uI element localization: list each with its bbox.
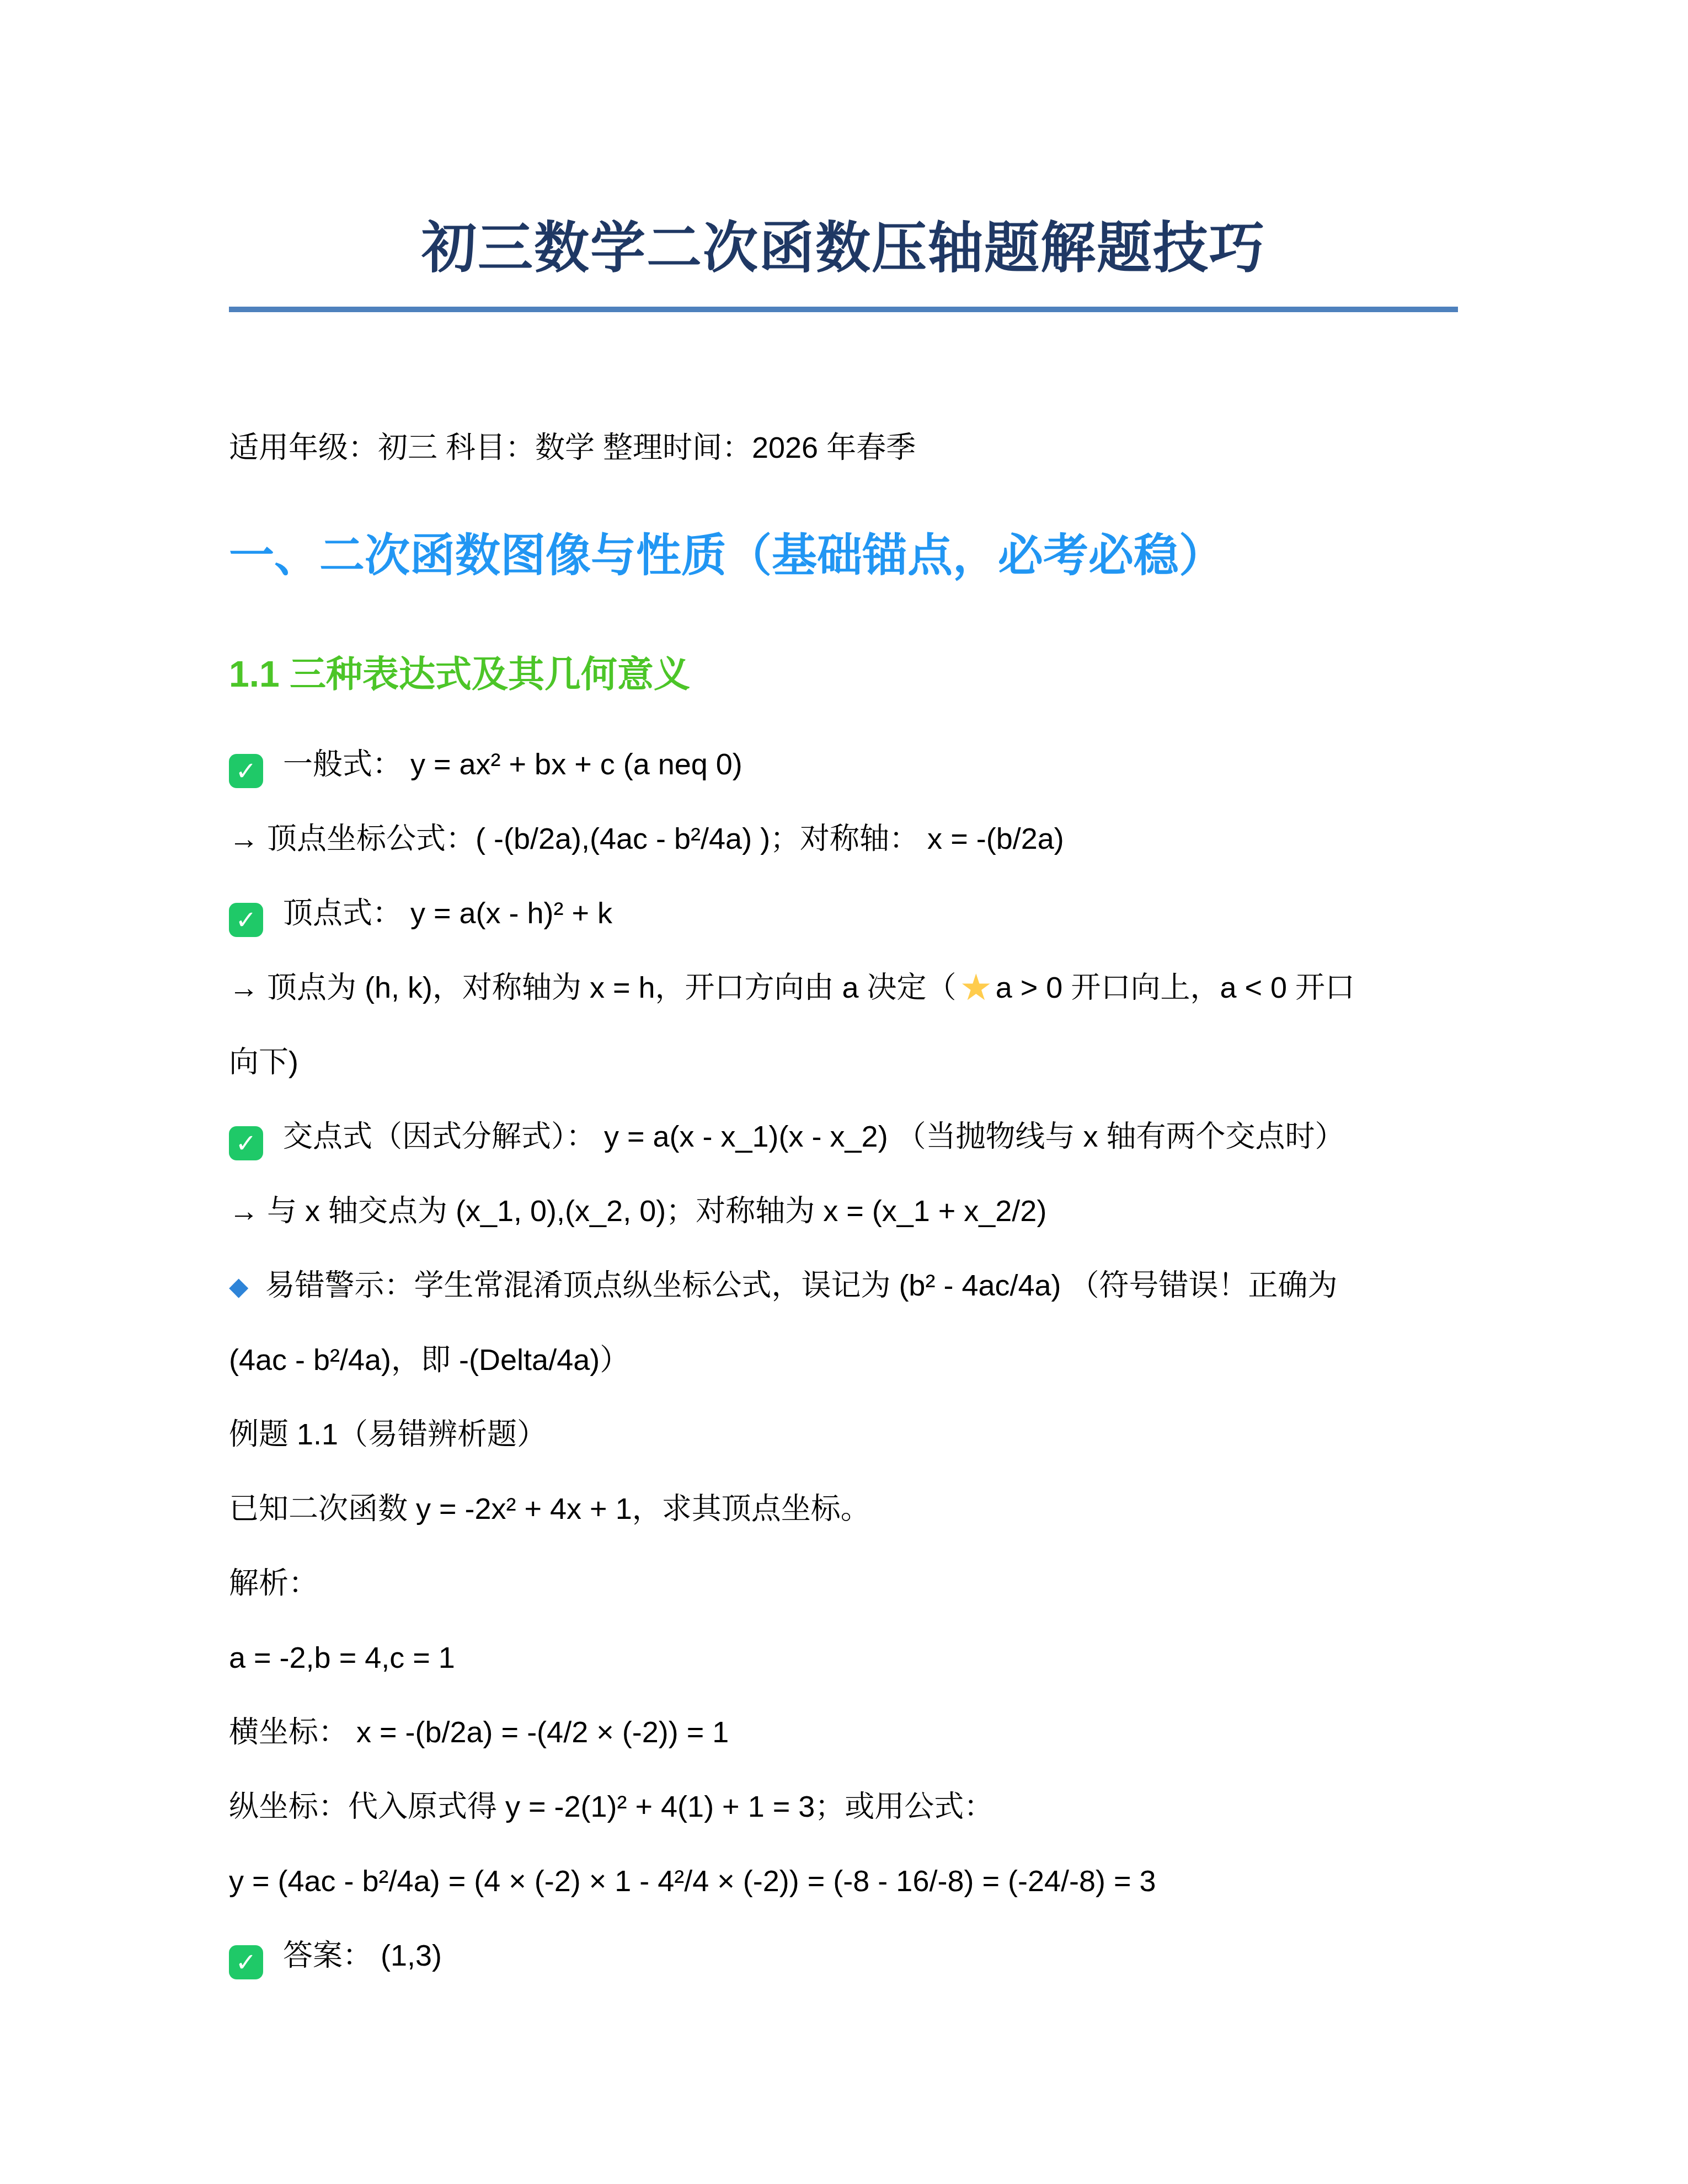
line-error-warning-line-2: (4ac - b²/4a)，即 -(Delta/4a)） [229,1323,1478,1398]
subsection-heading: 1.1 三种表达式及其几何意义 [229,637,690,711]
star-icon: ★ [957,969,996,1005]
line-answer: ✓答案： (1,3) [229,1919,1478,1993]
text-run: 一般式： y = ax² + bx + c (a neq 0) [283,748,742,781]
line-intercept-properties: → 与 x 轴交点为 (x_1, 0),(x_2, 0)；对称轴为 x = (x… [229,1174,1478,1249]
meta-line: 适用年级：初三 科目：数学 整理时间：2026 年春季 [229,411,916,485]
check-icon: ✓ [229,754,263,788]
text-run: 交点式（因式分解式）： y = a(x - x_1)(x - x_2) （当抛物… [283,1120,1345,1153]
line-vertex-properties-line-1: → 顶点为 (h, k)，对称轴为 x = h，开口方向由 a 决定（★a > … [229,951,1478,1025]
text-run: 解析： [229,1567,318,1600]
line-vertex-coordinate-formula: → 顶点坐标公式：( -(b/2a),(4ac - b²/4a) )；对称轴： … [229,802,1478,876]
text-run: 例题 1.1（易错辨析题） [229,1418,547,1451]
title-divider-line [229,307,1458,312]
text-run: 顶点式： y = a(x - h)² + k [283,897,612,930]
text-run: 已知二次函数 y = -2x² + 4x + 1，求其顶点坐标。 [229,1492,870,1525]
document-title: 初三数学二次函数压轴题解题技巧 [229,212,1458,284]
text-run: 向下) [229,1046,298,1079]
text-run: → 顶点坐标公式：( -(b/2a),(4ac - b²/4a) )；对称轴： … [229,822,1064,855]
text-run: 易错警示：学生常混淆顶点纵坐标公式，误记为 (b² - 4ac/4a) （符号错… [265,1269,1337,1302]
line-vertex-properties-line-2: 向下) [229,1025,1478,1100]
text-run: 横坐标： x = -(b/2a) = -(4/2 × (-2)) = 1 [229,1716,729,1749]
body-content: ✓一般式： y = ax² + bx + c (a neq 0)→ 顶点坐标公式… [229,727,1478,1993]
text-run: (4ac - b²/4a)，即 -(Delta/4a)） [229,1343,629,1377]
diamond-icon: ◆ [229,1273,248,1299]
text-run: 纵坐标：代入原式得 y = -2(1)² + 4(1) + 1 = 3；或用公式… [229,1790,993,1823]
check-mark-glyph: ✓ [236,1131,257,1156]
line-y-formula-step: y = (4ac - b²/4a) = (4 × (-2) × 1 - 4²/4… [229,1844,1478,1919]
line-vertex-form: ✓顶点式： y = a(x - h)² + k [229,876,1478,951]
section-heading: 一、二次函数图像与性质（基础锚点，必考必稳） [229,518,1224,593]
text-run: a = -2,b = 4,c = 1 [229,1641,455,1674]
line-example-label: 例题 1.1（易错辨析题） [229,1398,1478,1472]
line-analysis-label: 解析： [229,1546,1478,1621]
document-body: { "document": { "title": "初三数学二次函数压轴题解题技… [0,0,1688,2184]
check-mark-glyph: ✓ [236,907,257,933]
text-run: → 顶点为 (h, k)，对称轴为 x = h，开口方向由 a 决定（ [229,971,957,1004]
text-run: a > 0 开口向上，a < 0 开口 [996,971,1355,1004]
document-page: 初三数学二次函数压轴题解题技巧 适用年级：初三 科目：数学 整理时间：2026 … [0,0,1688,2184]
check-mark-glyph: ✓ [236,758,257,784]
check-icon: ✓ [229,903,263,937]
text-run: 答案： (1,3) [283,1939,442,1972]
line-intercept-form: ✓交点式（因式分解式）： y = a(x - x_1)(x - x_2) （当抛… [229,1100,1478,1174]
line-example-problem: 已知二次函数 y = -2x² + 4x + 1，求其顶点坐标。 [229,1472,1478,1546]
line-y-coordinate-step: 纵坐标：代入原式得 y = -2(1)² + 4(1) + 1 = 3；或用公式… [229,1770,1478,1844]
check-mark-glyph: ✓ [236,1950,257,1975]
text-run: y = (4ac - b²/4a) = (4 × (-2) × 1 - 4²/4… [229,1865,1156,1898]
line-general-form: ✓一般式： y = ax² + bx + c (a neq 0) [229,727,1478,802]
line-error-warning-line-1: ◆易错警示：学生常混淆顶点纵坐标公式，误记为 (b² - 4ac/4a) （符号… [229,1249,1478,1323]
text-run: → 与 x 轴交点为 (x_1, 0),(x_2, 0)；对称轴为 x = (x… [229,1195,1046,1228]
check-icon: ✓ [229,1126,263,1160]
line-coefficients: a = -2,b = 4,c = 1 [229,1621,1478,1695]
line-x-coordinate-step: 横坐标： x = -(b/2a) = -(4/2 × (-2)) = 1 [229,1695,1478,1770]
check-icon: ✓ [229,1945,263,1979]
